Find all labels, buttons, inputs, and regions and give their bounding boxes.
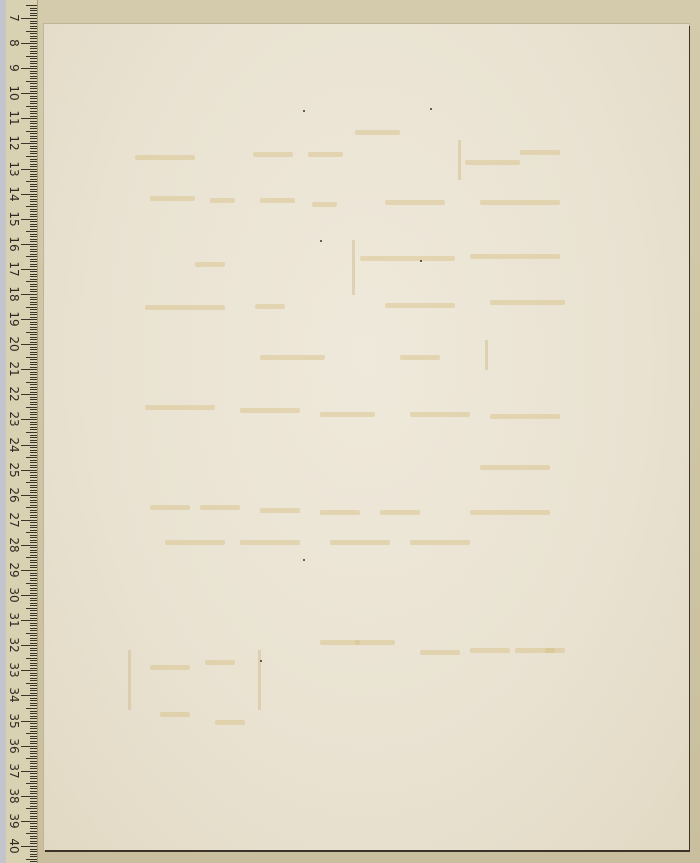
- ruler-tick: [21, 545, 37, 546]
- bleed-through-mark: [352, 240, 355, 295]
- bleed-through-mark: [215, 720, 245, 725]
- ruler-tick: [21, 771, 37, 772]
- ruler-tick: [30, 86, 37, 87]
- ruler-tick: [30, 264, 37, 265]
- ruler-tick: [30, 843, 37, 844]
- ruler-tick: [30, 404, 37, 405]
- ruler-tick: [30, 251, 37, 252]
- ruler-tick: [30, 567, 37, 568]
- ruler-tick: [30, 372, 37, 373]
- ruler-tick: [30, 663, 37, 664]
- ruler-tick: [30, 685, 37, 686]
- ruler-tick: [30, 811, 37, 812]
- ruler-tick: [30, 402, 37, 403]
- ruler-tick: [30, 41, 37, 42]
- ruler-tick: [30, 856, 37, 857]
- ruler-tick: [30, 510, 37, 511]
- ruler-tick: [30, 53, 37, 54]
- ruler-label: 13: [8, 159, 20, 179]
- ruler-tick: [30, 475, 37, 476]
- ruler-tick: [21, 470, 37, 471]
- ruler-tick: [30, 334, 37, 335]
- ruler-tick: [30, 354, 37, 355]
- ruler-tick: [30, 726, 37, 727]
- ruler-tick: [30, 718, 37, 719]
- ruler-tick: [30, 146, 37, 147]
- bleed-through-mark: [320, 510, 360, 515]
- ruler-tick: [21, 194, 37, 195]
- bleed-through-mark: [145, 305, 225, 310]
- ruler-tick: [30, 359, 37, 360]
- ruler-tick: [30, 678, 37, 679]
- ruler-tick: [30, 259, 37, 260]
- ruler-tick: [21, 394, 37, 395]
- ruler-tick: [30, 8, 37, 9]
- ruler-tick: [30, 465, 37, 466]
- bleed-through-mark: [210, 198, 235, 203]
- ruler-tick: [30, 781, 37, 782]
- ruler-tick: [21, 520, 37, 521]
- ruler-label: 18: [8, 284, 20, 304]
- ruler-tick: [30, 33, 37, 34]
- ruler-tick: [26, 332, 37, 333]
- bleed-through-mark: [470, 254, 560, 259]
- ruler-tick: [30, 610, 37, 611]
- ruler-tick: [30, 623, 37, 624]
- ruler-label: 27: [8, 510, 20, 530]
- ruler-tick: [30, 88, 37, 89]
- ruler-tick: [30, 816, 37, 817]
- ruler-label: 36: [8, 736, 20, 756]
- ruler-tick: [30, 377, 37, 378]
- ruler-tick: [21, 369, 37, 370]
- ruler-tick: [30, 512, 37, 513]
- ruler-tick: [26, 81, 37, 82]
- ruler-label: 25: [8, 460, 20, 480]
- bleed-through-mark: [312, 202, 337, 207]
- bleed-through-mark: [485, 340, 488, 370]
- ruler-tick: [30, 590, 37, 591]
- ruler-tick: [30, 66, 37, 67]
- ruler-tick: [26, 633, 37, 634]
- ruler-tick: [30, 209, 37, 210]
- ruler-tick: [30, 291, 37, 292]
- ruler-tick: [30, 700, 37, 701]
- ruler-tick: [26, 758, 37, 759]
- ruler-tick: [21, 294, 37, 295]
- ruler-tick: [30, 113, 37, 114]
- ruler-tick: [30, 635, 37, 636]
- ruler-tick: [30, 480, 37, 481]
- ruler-tick: [30, 522, 37, 523]
- ruler-tick: [26, 808, 37, 809]
- bleed-through-mark: [385, 200, 445, 205]
- ruler-label: 23: [8, 409, 20, 429]
- ruler-tick: [21, 670, 37, 671]
- ruler-tick: [30, 302, 37, 303]
- ruler-tick: [30, 46, 37, 47]
- ruler-label: 12: [8, 133, 20, 153]
- ruler-tick: [30, 71, 37, 72]
- ruler-tick: [30, 761, 37, 762]
- ruler-tick: [30, 673, 37, 674]
- bleed-through-mark: [355, 640, 395, 645]
- bleed-through-mark: [195, 262, 225, 267]
- ruler-tick: [30, 261, 37, 262]
- bleed-through-mark: [470, 648, 510, 653]
- ruler-tick: [21, 18, 37, 19]
- ruler-tick: [30, 51, 37, 52]
- ruler-tick: [30, 854, 37, 855]
- bleed-through-mark: [465, 160, 520, 165]
- bleed-through-mark: [145, 405, 215, 410]
- ruler-tick: [30, 174, 37, 175]
- speck: [260, 660, 262, 662]
- ruler-tick: [21, 118, 37, 119]
- ruler-tick: [30, 241, 37, 242]
- ruler-tick: [30, 605, 37, 606]
- bleed-through-mark: [260, 355, 325, 360]
- bleed-through-mark: [240, 408, 300, 413]
- ruler-tick: [21, 821, 37, 822]
- ruler-tick: [30, 352, 37, 353]
- ruler-tick: [30, 98, 37, 99]
- ruler-label: 15: [8, 209, 20, 229]
- ruler-tick: [30, 324, 37, 325]
- ruler-tick: [30, 776, 37, 777]
- ruler-tick: [30, 159, 37, 160]
- ruler-tick: [30, 828, 37, 829]
- speck: [303, 559, 305, 561]
- ruler-tick: [30, 435, 37, 436]
- ruler-tick: [30, 274, 37, 275]
- ruler-tick: [26, 407, 37, 408]
- ruler-tick: [30, 387, 37, 388]
- bleed-through-mark: [165, 540, 225, 545]
- bleed-through-mark: [470, 510, 550, 515]
- ruler-tick: [30, 763, 37, 764]
- ruler-tick: [30, 374, 37, 375]
- ruler-tick: [26, 206, 37, 207]
- ruler-tick: [30, 680, 37, 681]
- ruler-tick: [30, 116, 37, 117]
- ruler-tick: [30, 349, 37, 350]
- ruler-tick: [26, 683, 37, 684]
- ruler-tick: [30, 535, 37, 536]
- ruler-tick: [30, 490, 37, 491]
- ruler-tick: [30, 276, 37, 277]
- ruler-tick: [30, 286, 37, 287]
- ruler-label: 32: [8, 635, 20, 655]
- ruler-tick: [21, 620, 37, 621]
- ruler-tick: [30, 234, 37, 235]
- bleed-through-mark: [320, 412, 375, 417]
- ruler-tick: [30, 226, 37, 227]
- speck: [303, 110, 305, 112]
- ruler-tick: [30, 788, 37, 789]
- ruler-tick: [30, 289, 37, 290]
- ruler-tick: [30, 342, 37, 343]
- bleed-through-mark: [320, 640, 360, 645]
- ruler-tick: [30, 437, 37, 438]
- ruler-tick: [30, 613, 37, 614]
- ruler-tick: [30, 472, 37, 473]
- ruler-tick: [30, 823, 37, 824]
- ruler-tick: [30, 424, 37, 425]
- ruler-label: 22: [8, 384, 20, 404]
- ruler-tick: [30, 841, 37, 842]
- ruler-tick: [30, 36, 37, 37]
- ruler-tick: [30, 151, 37, 152]
- bleed-through-mark: [150, 505, 190, 510]
- ruler-tick: [30, 826, 37, 827]
- ruler-tick: [30, 364, 37, 365]
- ruler-tick: [30, 580, 37, 581]
- ruler-tick: [30, 818, 37, 819]
- ruler-tick: [30, 133, 37, 134]
- ruler-tick: [30, 103, 37, 104]
- ruler-tick: [30, 246, 37, 247]
- ruler-tick: [30, 741, 37, 742]
- ruler-tick: [30, 813, 37, 814]
- ruler-tick: [21, 68, 37, 69]
- ruler-tick: [30, 397, 37, 398]
- ruler-tick: [30, 108, 37, 109]
- ruler-tick: [26, 106, 37, 107]
- ruler-tick: [30, 791, 37, 792]
- ruler-tick: [21, 645, 37, 646]
- bleed-through-mark: [410, 540, 470, 545]
- bleed-through-mark: [385, 303, 455, 308]
- ruler-tick: [21, 595, 37, 596]
- ruler-tick: [26, 256, 37, 257]
- ruler-tick: [30, 773, 37, 774]
- ruler-tick: [30, 578, 37, 579]
- ruler-tick: [26, 307, 37, 308]
- ruler-tick: [30, 861, 37, 862]
- ruler-tick: [30, 492, 37, 493]
- ruler-tick: [30, 547, 37, 548]
- ruler-tick: [30, 565, 37, 566]
- ruler-tick: [26, 859, 37, 860]
- bleed-through-mark: [200, 505, 240, 510]
- bleed-through-mark: [253, 152, 293, 157]
- ruler-tick: [21, 169, 37, 170]
- ruler-tick: [30, 236, 37, 237]
- ruler-tick: [30, 751, 37, 752]
- ruler-tick: [30, 304, 37, 305]
- ruler-tick: [26, 5, 37, 6]
- ruler-tick: [26, 583, 37, 584]
- ruler-tick: [30, 191, 37, 192]
- ruler-tick: [30, 61, 37, 62]
- ruler-tick: [30, 723, 37, 724]
- ruler-tick: [30, 379, 37, 380]
- ruler-tick: [21, 344, 37, 345]
- ruler-tick: [30, 28, 37, 29]
- ruler-tick: [30, 455, 37, 456]
- bleed-through-mark: [420, 650, 460, 655]
- ruler-tick: [30, 460, 37, 461]
- ruler-tick: [30, 83, 37, 84]
- ruler-tick: [30, 716, 37, 717]
- ruler-tick: [30, 603, 37, 604]
- ruler-tick: [21, 695, 37, 696]
- ruler-tick: [26, 783, 37, 784]
- bleed-through-mark: [128, 650, 131, 710]
- bleed-through-mark: [410, 412, 470, 417]
- ruler-label: 11: [8, 108, 20, 128]
- bleed-through-mark: [490, 414, 560, 419]
- ruler-tick: [30, 786, 37, 787]
- ruler-tick: [30, 693, 37, 694]
- bleed-through-mark: [480, 465, 550, 470]
- ruler-tick: [30, 329, 37, 330]
- ruler-tick: [30, 600, 37, 601]
- ruler-tick: [30, 392, 37, 393]
- ruler-tick: [30, 560, 37, 561]
- ruler-tick: [30, 347, 37, 348]
- ruler-tick: [30, 136, 37, 137]
- ruler-tick: [30, 440, 37, 441]
- ruler-tick: [30, 703, 37, 704]
- ruler-tick: [30, 588, 37, 589]
- ruler-tick: [30, 111, 37, 112]
- ruler-label: 37: [8, 761, 20, 781]
- ruler-tick: [30, 76, 37, 77]
- ruler-label: 21: [8, 359, 20, 379]
- ruler-tick: [30, 199, 37, 200]
- ruler-tick: [30, 309, 37, 310]
- ruler-tick: [30, 640, 37, 641]
- ruler-tick: [30, 748, 37, 749]
- ruler-label: 26: [8, 485, 20, 505]
- bleed-through-mark: [355, 130, 400, 135]
- bleed-through-mark: [330, 540, 390, 545]
- ruler-tick: [30, 239, 37, 240]
- ruler-tick: [26, 281, 37, 282]
- ruler-tick: [30, 266, 37, 267]
- ruler-tick: [30, 201, 37, 202]
- blank-page: [44, 24, 689, 850]
- ruler-tick: [26, 532, 37, 533]
- ruler-label: 14: [8, 184, 20, 204]
- bleed-through-mark: [135, 155, 195, 160]
- ruler-tick: [21, 244, 37, 245]
- ruler-tick: [30, 836, 37, 837]
- ruler-tick: [30, 562, 37, 563]
- ruler-tick: [30, 736, 37, 737]
- ruler-tick: [30, 485, 37, 486]
- ruler-tick: [30, 801, 37, 802]
- ruler-tick: [26, 156, 37, 157]
- ruler-tick: [30, 254, 37, 255]
- ruler-tick: [30, 585, 37, 586]
- ruler-tick: [30, 555, 37, 556]
- ruler-label: 30: [8, 585, 20, 605]
- ruler-tick: [30, 422, 37, 423]
- ruler-tick: [30, 668, 37, 669]
- ruler-label: 33: [8, 660, 20, 680]
- ruler-tick: [30, 284, 37, 285]
- ruler-tick: [30, 713, 37, 714]
- ruler-label: 9: [8, 58, 20, 78]
- ruler-tick: [30, 224, 37, 225]
- ruler-tick: [30, 517, 37, 518]
- ruler-tick: [30, 447, 37, 448]
- ruler-tick: [26, 557, 37, 558]
- ruler-tick: [26, 382, 37, 383]
- ruler-tick: [30, 675, 37, 676]
- ruler-tick: [30, 166, 37, 167]
- ruler-tick: [30, 462, 37, 463]
- ruler-tick: [30, 731, 37, 732]
- ruler-edge: [0, 0, 6, 863]
- ruler-tick: [30, 96, 37, 97]
- ruler-tick: [30, 793, 37, 794]
- ruler-tick: [30, 138, 37, 139]
- ruler-tick: [30, 21, 37, 22]
- ruler-tick: [30, 530, 37, 531]
- ruler-tick: [30, 184, 37, 185]
- ruler-tick: [30, 756, 37, 757]
- ruler-tick: [30, 128, 37, 129]
- ruler-tick: [30, 399, 37, 400]
- ruler-tick: [30, 123, 37, 124]
- ruler-tick: [30, 362, 37, 363]
- ruler-tick: [21, 570, 37, 571]
- ruler-tick: [30, 628, 37, 629]
- ruler-tick: [30, 505, 37, 506]
- ruler-label: 16: [8, 234, 20, 254]
- ruler-tick: [30, 467, 37, 468]
- ruler-tick: [30, 221, 37, 222]
- ruler-tick: [30, 625, 37, 626]
- ruler-tick: [30, 778, 37, 779]
- ruler-tick: [30, 615, 37, 616]
- ruler-tick: [30, 648, 37, 649]
- ruler-tick: [30, 743, 37, 744]
- ruler-label: 24: [8, 435, 20, 455]
- ruler-tick: [30, 806, 37, 807]
- bleed-through-mark: [205, 660, 235, 665]
- ruler-tick: [30, 171, 37, 172]
- ruler-tick: [21, 319, 37, 320]
- bleed-through-mark: [258, 650, 261, 710]
- ruler-tick: [21, 93, 37, 94]
- ruler-tick: [30, 798, 37, 799]
- ruler-tick: [30, 121, 37, 122]
- ruler-tick: [30, 550, 37, 551]
- ruler-tick: [21, 143, 37, 144]
- ruler-tick: [30, 409, 37, 410]
- ruler-tick: [30, 214, 37, 215]
- ruler-tick: [30, 688, 37, 689]
- ruler-tick: [30, 58, 37, 59]
- ruler-tick: [30, 176, 37, 177]
- ruler-tick: [30, 141, 37, 142]
- ruler-tick: [21, 445, 37, 446]
- ruler-tick: [30, 229, 37, 230]
- ruler-tick: [26, 357, 37, 358]
- ruler-tick: [30, 211, 37, 212]
- ruler-tick: [30, 186, 37, 187]
- bleed-through-mark: [380, 510, 420, 515]
- ruler-tick: [30, 339, 37, 340]
- ruler-tick: [21, 846, 37, 847]
- ruler-tick: [21, 796, 37, 797]
- ruler-tick: [30, 698, 37, 699]
